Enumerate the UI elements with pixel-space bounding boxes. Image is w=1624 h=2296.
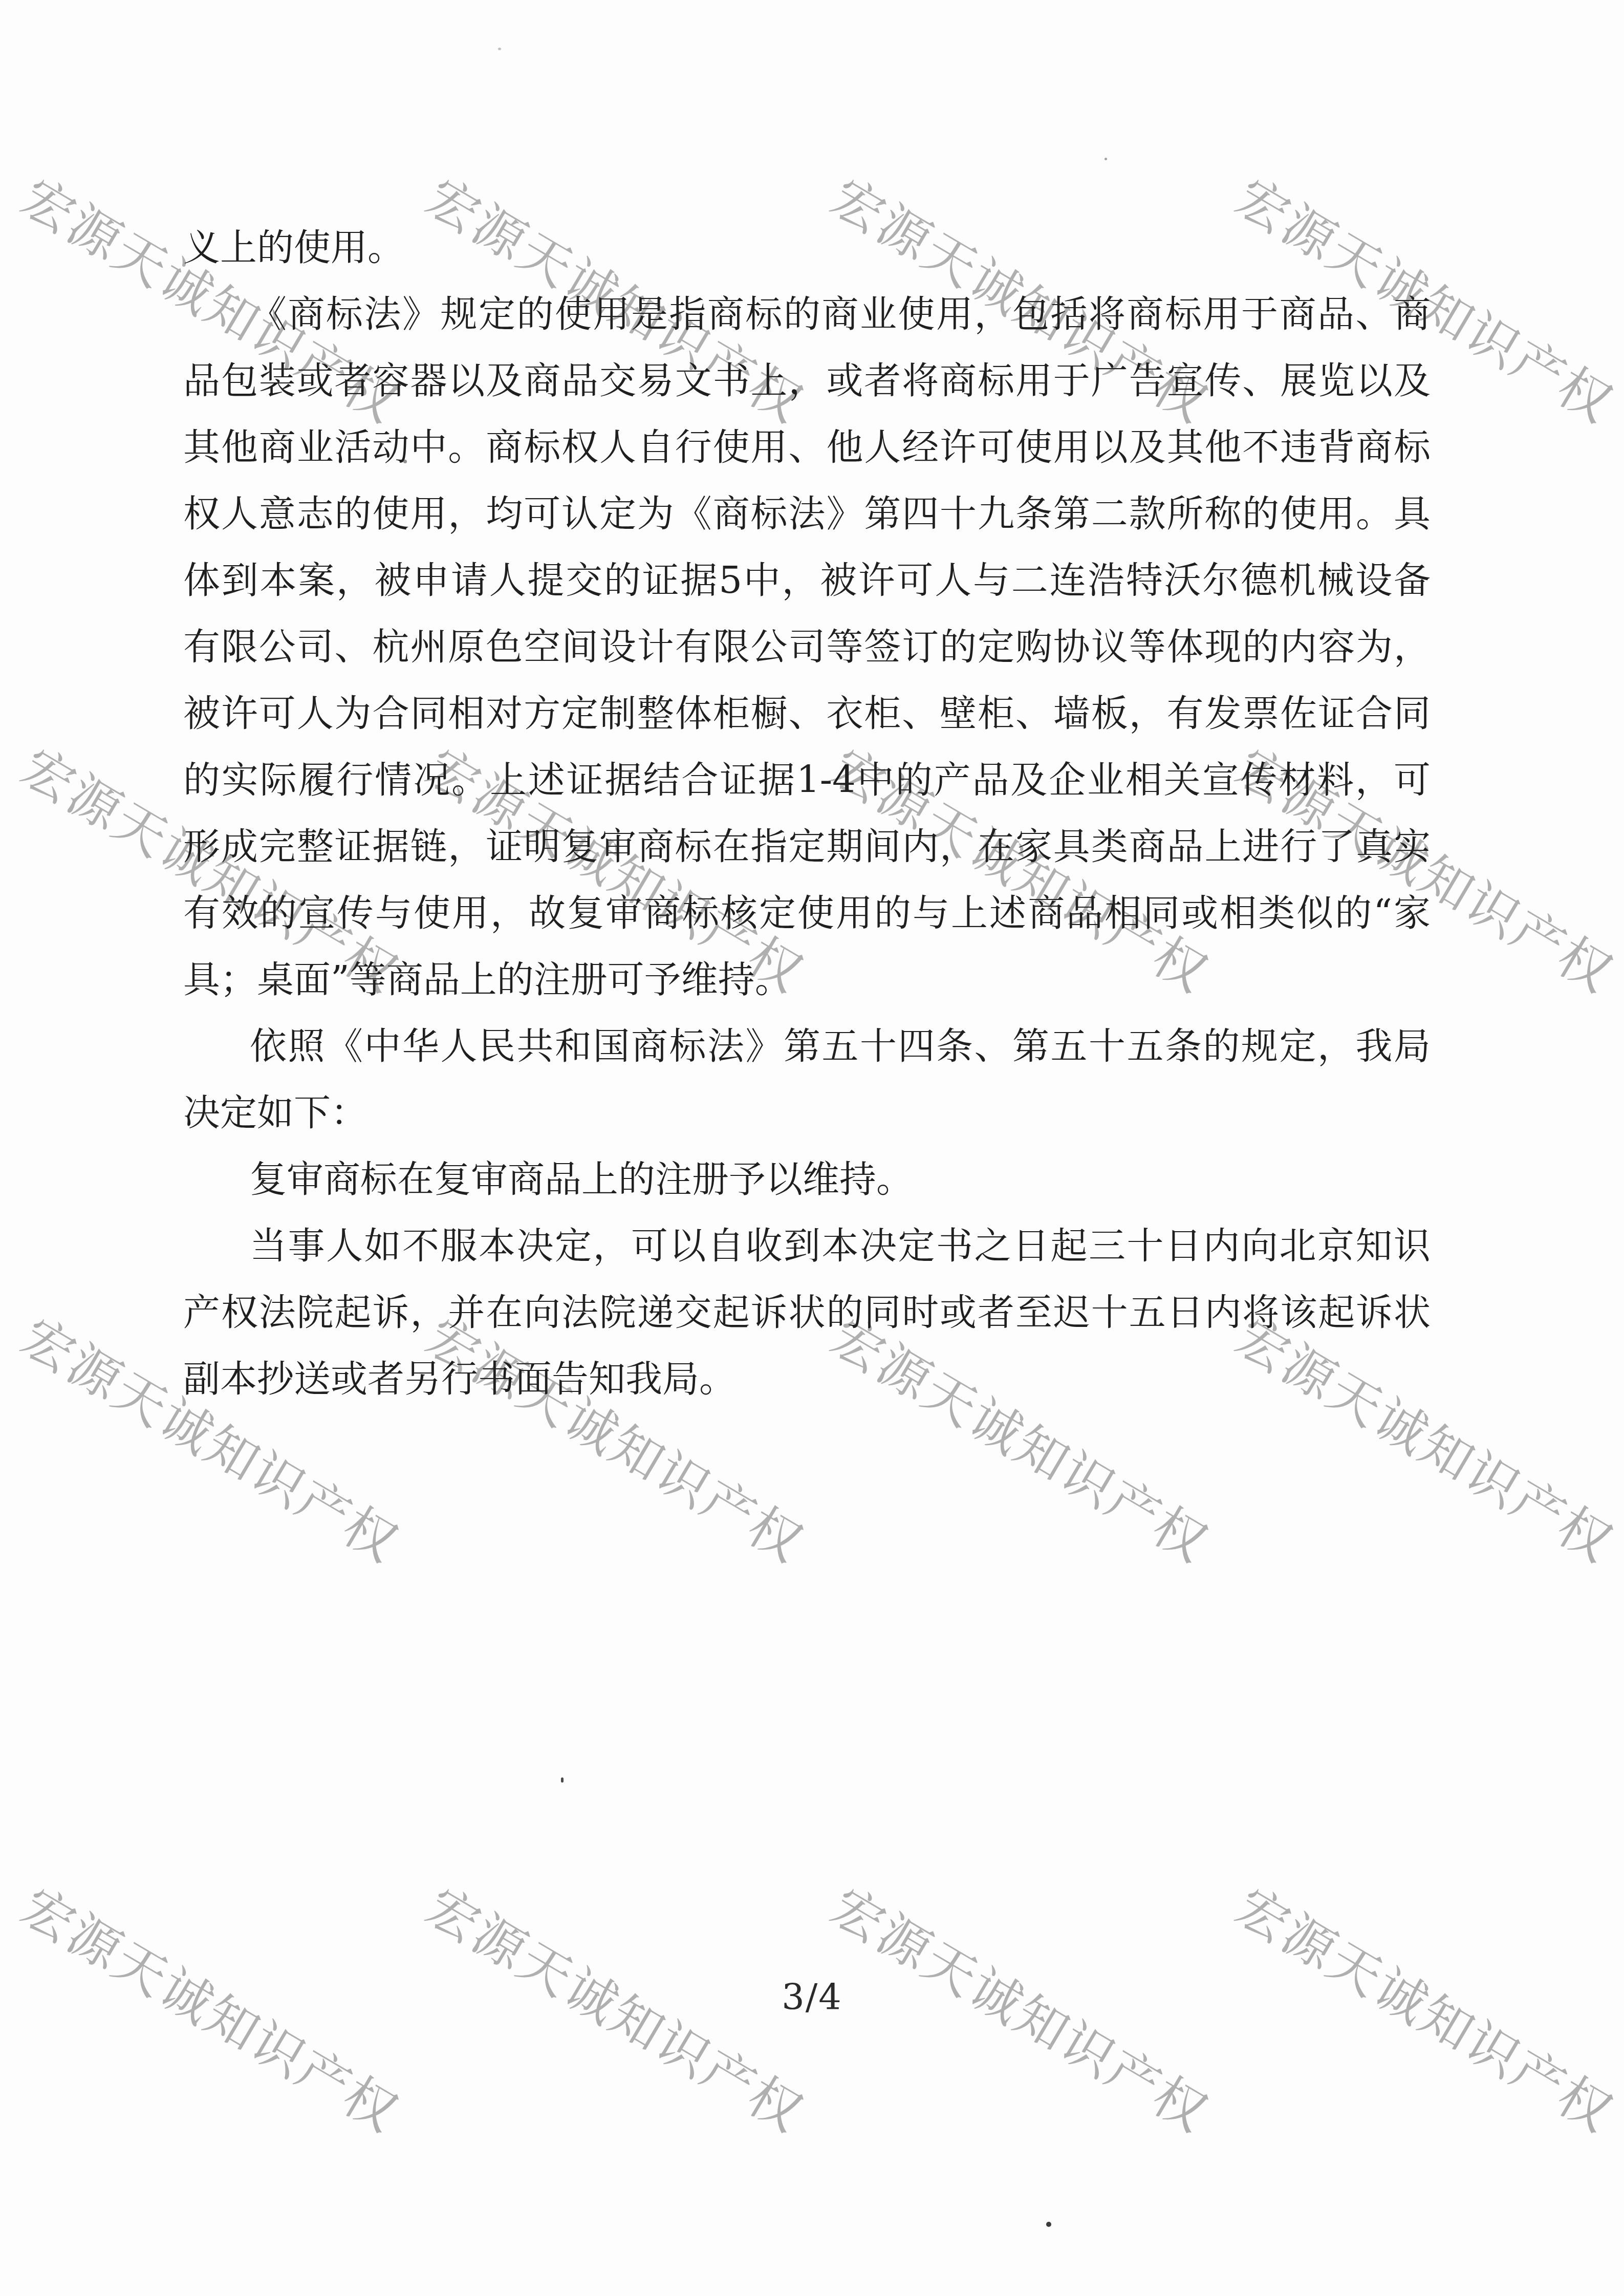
text-line: 具；桌面”等商品上的注册可予维持。 — [183, 946, 1431, 1013]
text-line: 品包装或者容器以及商品交易文书上，或者将商标用于广告宣传、展览以及 — [183, 347, 1431, 414]
text-line: 当事人如不服本决定，可以自收到本决定书之日起三十日内向北京知识 — [183, 1212, 1431, 1279]
text-line: 决定如下： — [183, 1079, 1431, 1146]
document-page: 宏源天诚知识产权宏源天诚知识产权宏源天诚知识产权宏源天诚知识产权宏源天诚知识产权… — [0, 0, 1624, 2296]
scan-speck — [403, 460, 407, 463]
text-line: 有效的宣传与使用，故复审商标核定使用的与上述商品相同或相类似的“家 — [183, 879, 1431, 946]
scan-speck — [1046, 2222, 1051, 2227]
text-line: 《商标法》规定的使用是指商标的商业使用，包括将商标用于商品、商 — [183, 281, 1431, 347]
text-line: 的实际履行情况。上述证据结合证据1-4中的产品及企业相关宣传材料，可 — [183, 746, 1431, 813]
text-line: 形成完整证据链，证明复审商标在指定期间内，在家具类商品上进行了真实 — [183, 813, 1431, 879]
text-line: 副本抄送或者另行书面告知我局。 — [183, 1345, 1431, 1412]
scan-speck — [561, 1777, 564, 1783]
text-line: 依照《中华人民共和国商标法》第五十四条、第五十五条的规定，我局 — [183, 1013, 1431, 1079]
text-line: 权人意志的使用，均可认定为《商标法》第四十九条第二款所称的使用。具 — [183, 480, 1431, 547]
text-line: 义上的使用。 — [183, 214, 1431, 281]
text-line: 复审商标在复审商品上的注册予以维持。 — [183, 1146, 1431, 1212]
text-line: 被许可人为合同相对方定制整体柜橱、衣柜、壁柜、墙板，有发票佐证合同 — [183, 680, 1431, 746]
page-number: 3/4 — [0, 1976, 1624, 2018]
document-body: 义上的使用。《商标法》规定的使用是指商标的商业使用，包括将商标用于商品、商品包装… — [183, 214, 1431, 1412]
text-line: 有限公司、杭州原色空间设计有限公司等签订的定购协议等体现的内容为， — [183, 613, 1431, 680]
text-line: 体到本案，被申请人提交的证据5中，被许可人与二连浩特沃尔德机械设备 — [183, 547, 1431, 613]
text-line: 产权法院起诉，并在向法院递交起诉状的同时或者至迟十五日内将该起诉状 — [183, 1279, 1431, 1345]
scan-speck — [498, 48, 501, 50]
scan-speck — [1105, 158, 1107, 160]
text-line: 其他商业活动中。商标权人自行使用、他人经许可使用以及其他不违背商标 — [183, 414, 1431, 480]
